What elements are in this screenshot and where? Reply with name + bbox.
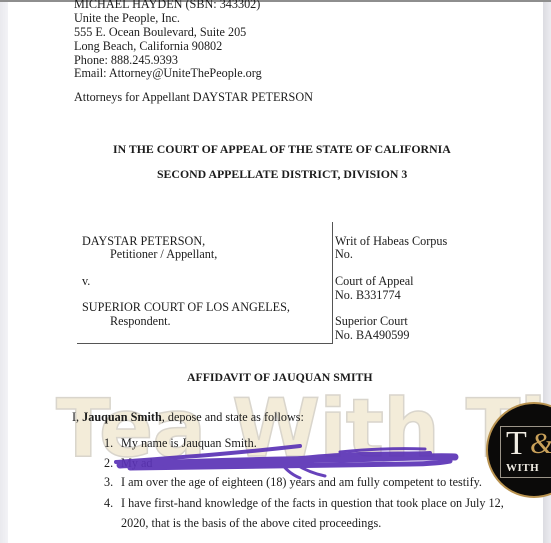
respondent-role: Respondent. [110, 314, 171, 328]
logo-with-text: WITH [506, 462, 539, 474]
case-appeal-label: Court of Appeal [335, 274, 414, 288]
affiant-name: Jauquan Smith [82, 410, 162, 424]
petitioner-name: DAYSTAR PETERSON, [82, 234, 205, 248]
caption-divider-horizontal [77, 343, 333, 344]
petitioner-role: Petitioner / Appellant, [110, 247, 217, 261]
court-district: SECOND APPELLATE DISTRICT, DIVISION 3 [157, 167, 407, 181]
intro-prefix: I, [72, 410, 82, 424]
case-writ-number: No. [335, 247, 353, 261]
case-superior-number: No. BA490599 [335, 328, 409, 342]
attorneys-for: Attorneys for Appellant DAYSTAR PETERSON [74, 90, 313, 104]
attorney-email: Email: Attorney@UniteThePeople.org [74, 66, 262, 80]
attorney-firm: Unite the People, Inc. [74, 11, 180, 25]
caption-divider-vertical [332, 222, 333, 344]
item-4-number: 4. [104, 496, 113, 510]
case-writ-label: Writ of Habeas Corpus [335, 234, 447, 248]
versus: v. [82, 274, 90, 288]
court-title: IN THE COURT OF APPEAL OF THE STATE OF C… [113, 142, 451, 156]
affidavit-intro: I, Jauquan Smith, depose and state as fo… [72, 410, 304, 424]
left-page-edge [0, 2, 8, 543]
intro-suffix: , depose and state as follows: [162, 410, 304, 424]
case-superior-label: Superior Court [335, 314, 408, 328]
logo-teacup-icon: & [530, 428, 551, 460]
affidavit-title: AFFIDAVIT OF JAUQUAN SMITH [187, 370, 373, 384]
respondent-name: SUPERIOR COURT OF LOS ANGELES, [82, 300, 290, 314]
case-appeal-number: No. B331774 [335, 288, 401, 302]
redaction-scribble [110, 440, 470, 480]
attorney-address-2: Long Beach, California 90802 [74, 39, 222, 53]
attorney-address-1: 555 E. Ocean Boulevard, Suite 205 [74, 25, 246, 39]
logo-letter: T [506, 426, 527, 462]
item-4-text: I have first-hand knowledge of the facts… [121, 496, 504, 510]
attorney-phone: Phone: 888.245.9393 [74, 53, 178, 67]
attorney-name: MICHAEL HAYDEN (SBN: 343302) [74, 0, 260, 11]
item-4-text-cont: 2020, that is the basis of the above cit… [121, 516, 381, 530]
